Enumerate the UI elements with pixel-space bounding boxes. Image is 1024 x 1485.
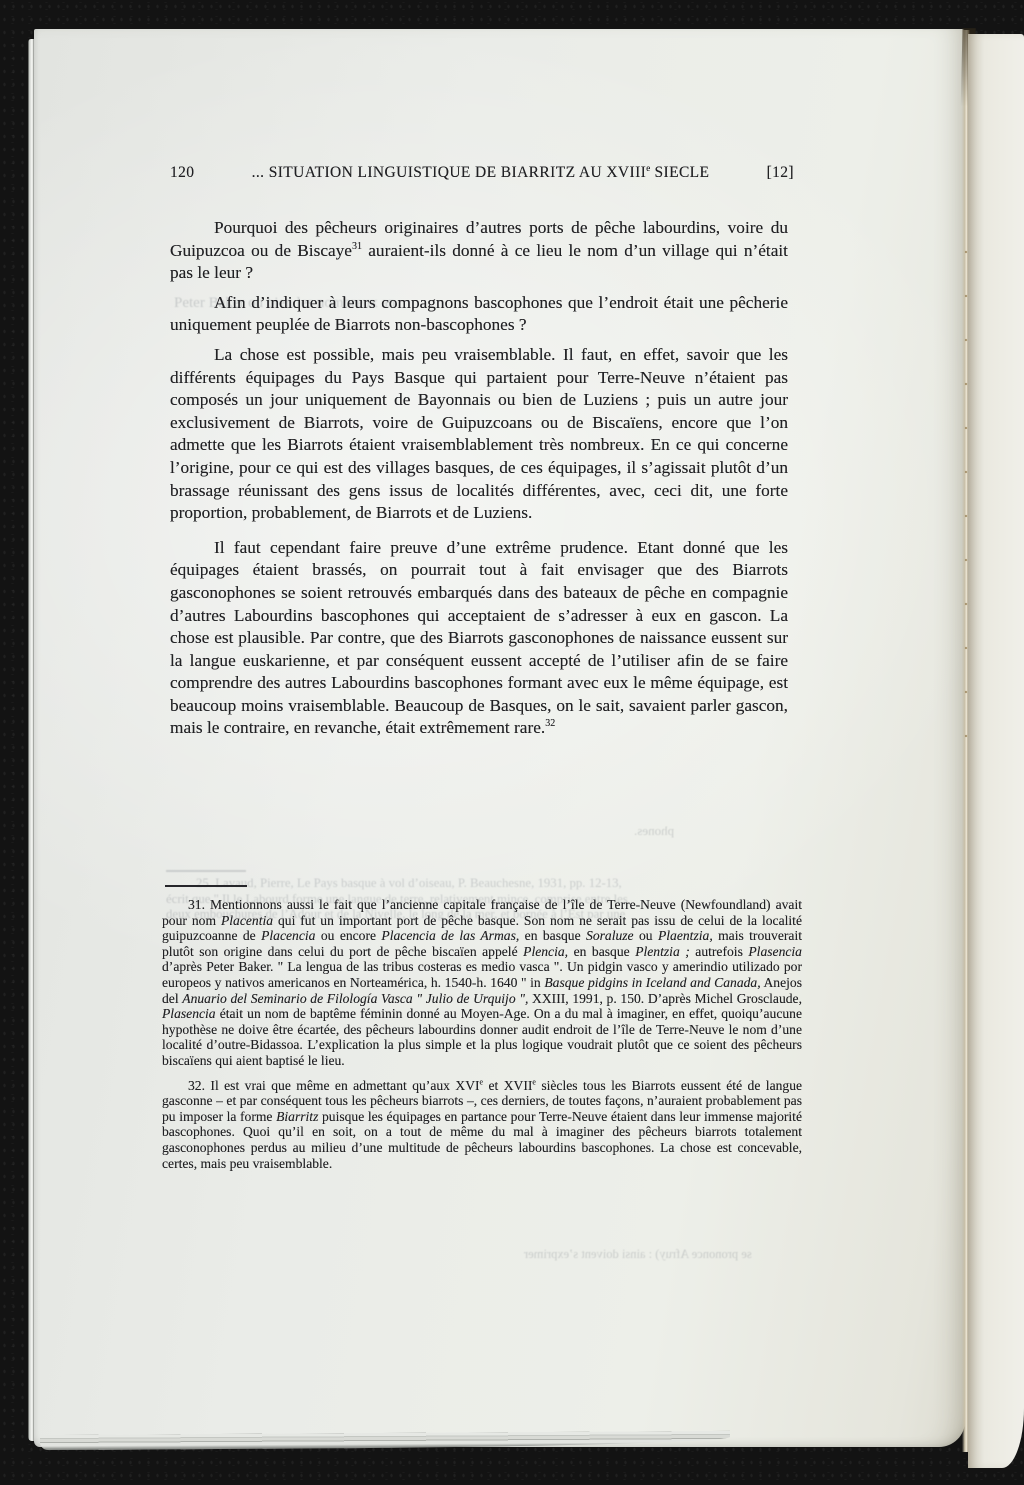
footnote: 31. Mentionnons aussi le fait que l’anci… [162,897,802,1069]
paragraph: Il faut cependant faire preuve d’une ext… [170,537,788,740]
paragraph: Pourquoi des pêcheurs originaires d’autr… [170,217,788,285]
running-title: ... SITUATION LINGUISTIQUE DE BIARRITZ A… [194,164,766,182]
paragraph: La chose est possible, mais peu vraisemb… [170,344,788,525]
book-page: 120 ... SITUATION LINGUISTIQUE DE BIARRI… [34,29,965,1447]
book-photo-background: 120 ... SITUATION LINGUISTIQUE DE BIARRI… [0,0,1024,1485]
footnote: 32. Il est vrai que même en admettant qu… [162,1078,802,1172]
paragraph: Afin d’indiquer à leurs compagnons basco… [170,292,788,337]
footnotes: 31. Mentionnons aussi le fait que l’anci… [162,897,802,1180]
bleedthrough-rule [166,870,246,872]
body-text: Pourquoi des pêcheurs originaires d’autr… [170,217,788,747]
page-edge-stack-bottom [40,1431,730,1450]
footnote-separator [165,885,247,887]
page-header: 120 ... SITUATION LINGUISTIQUE DE BIARRI… [170,164,794,182]
page-number: 120 [170,164,194,182]
bleedthrough-text: 25. Lavaud, Pierre, Le Pays basque à vol… [196,876,622,891]
article-reference: [12] [767,164,794,182]
bleedthrough-text: se prononce Afruy) : ainsi doivent s’exp… [524,1247,752,1262]
facing-page-edge [968,34,1024,1468]
bleedthrough-text: phones. [634,823,674,839]
